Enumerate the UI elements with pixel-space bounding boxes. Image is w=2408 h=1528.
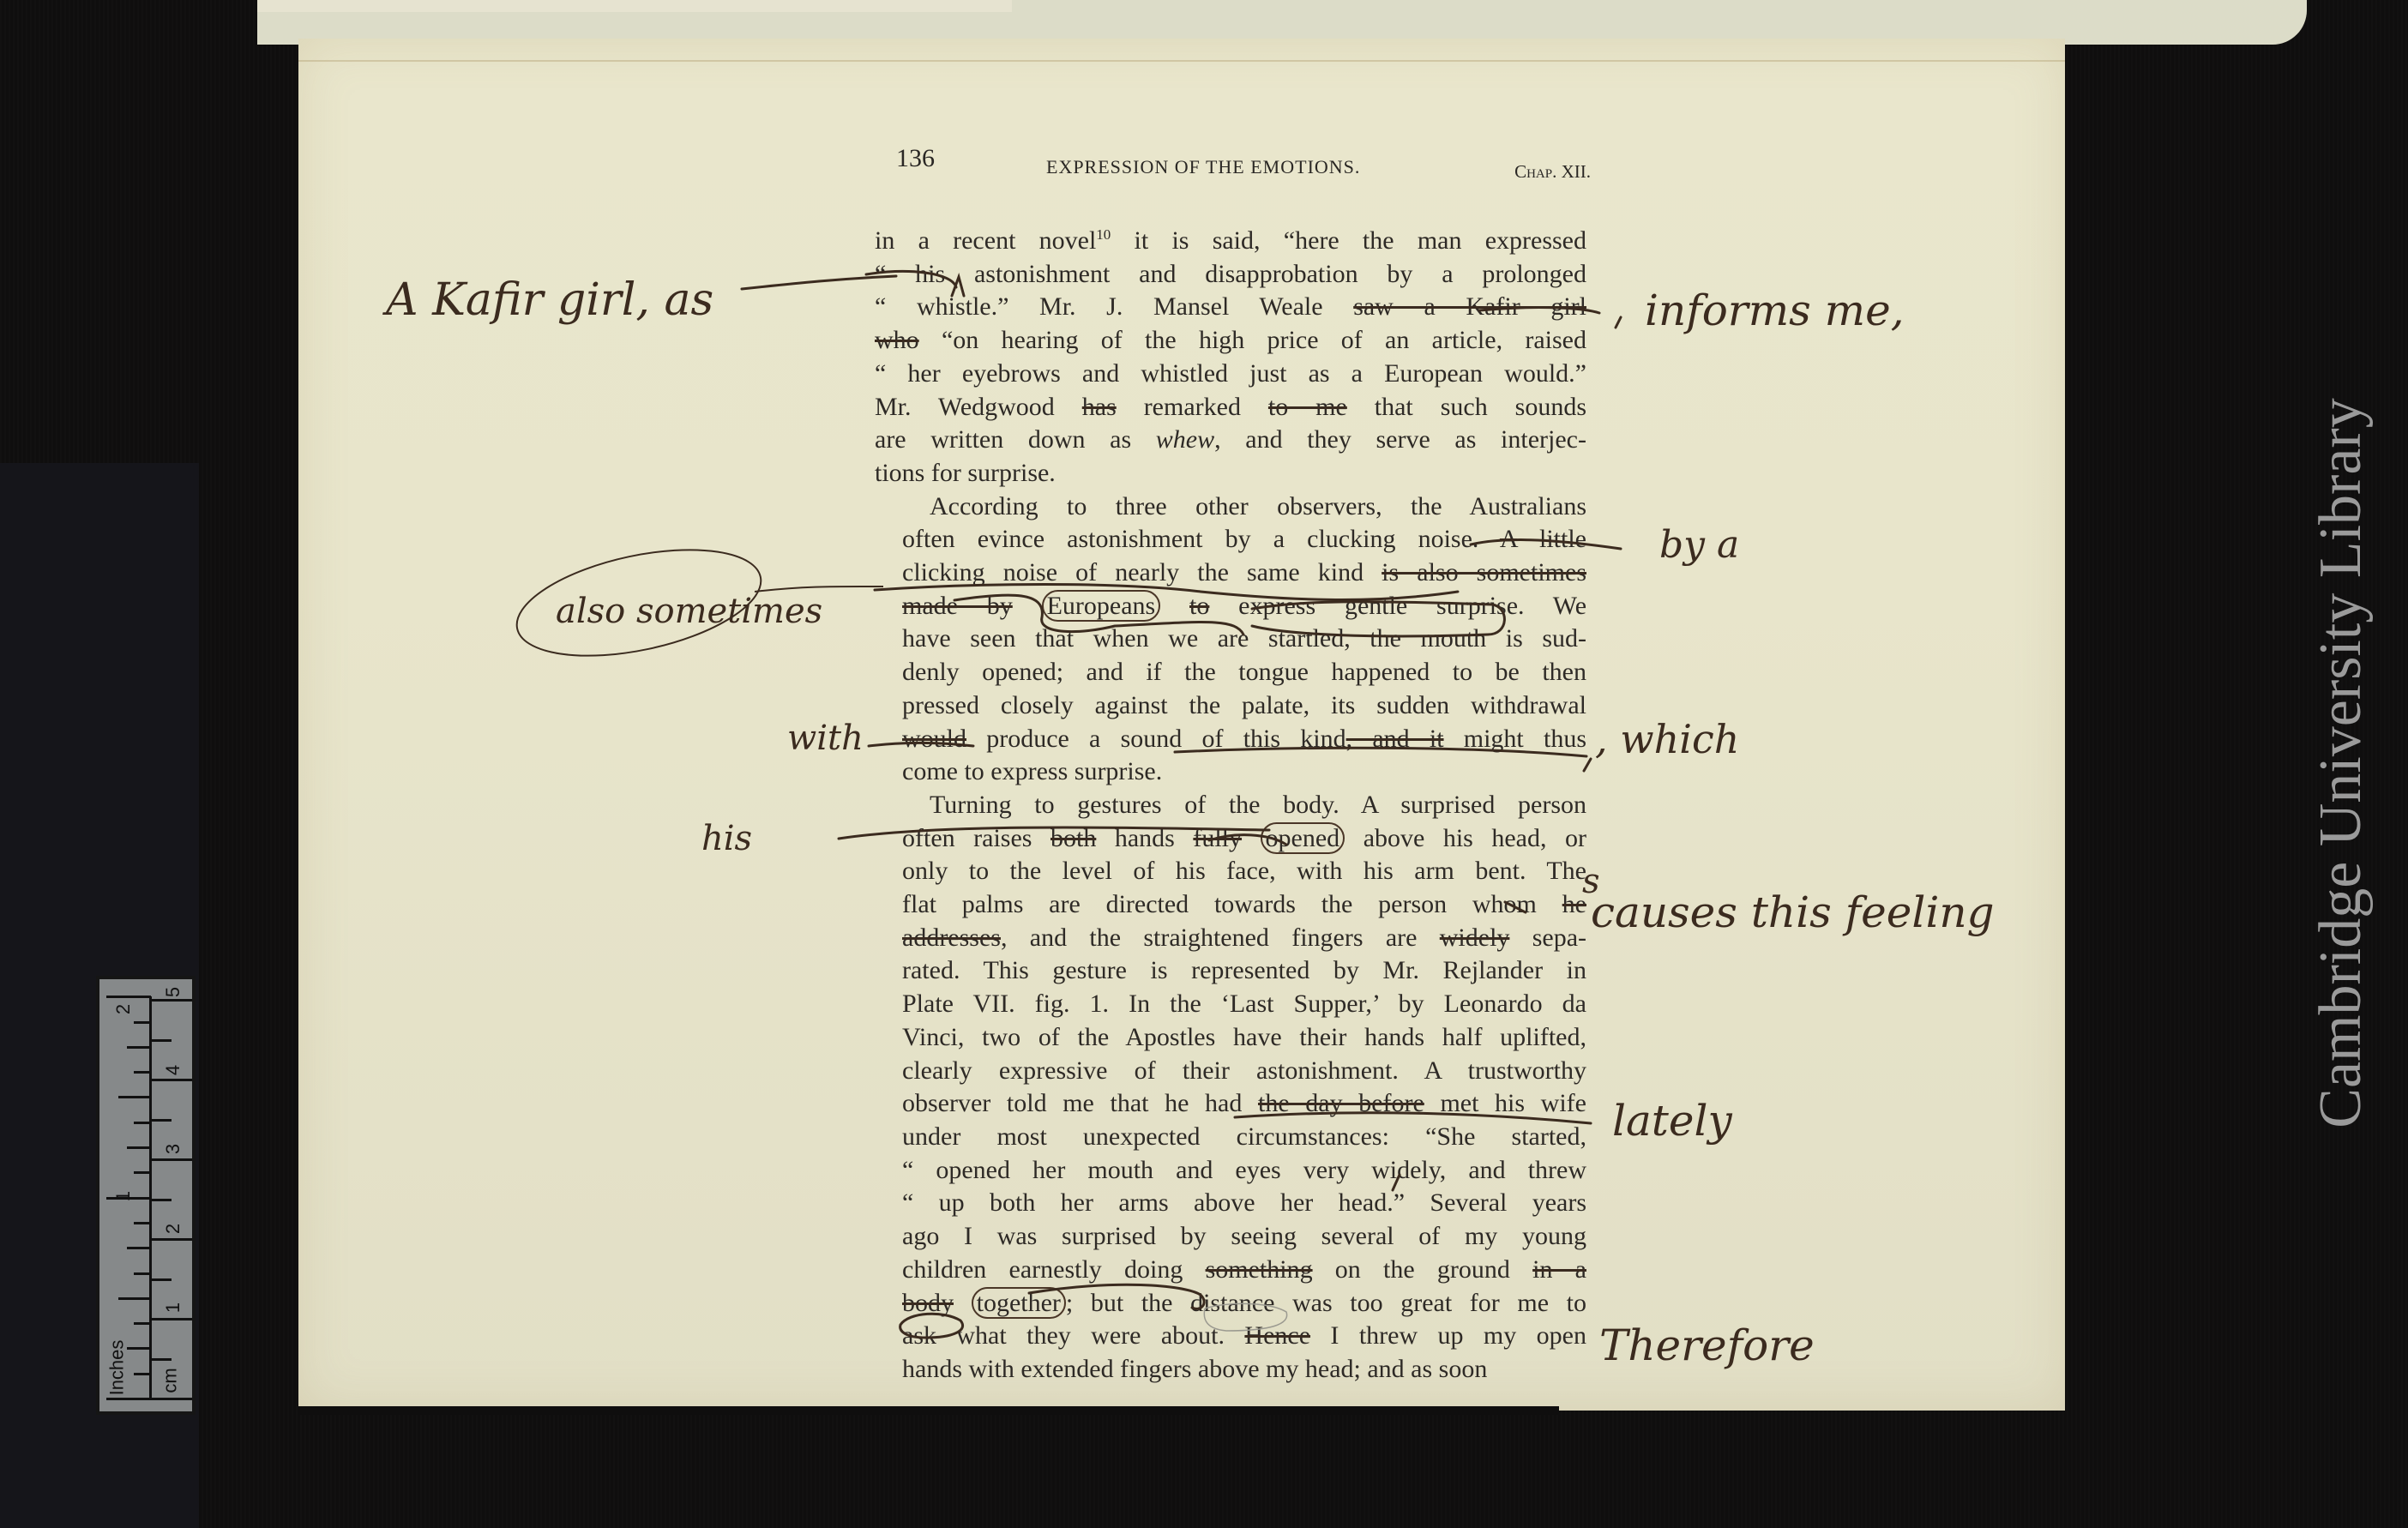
text-run: met his wife — [1424, 1089, 1586, 1117]
ruler-tick-inch — [134, 1322, 151, 1325]
struck-text: Hence — [1244, 1321, 1310, 1350]
chapter-label: Chap. XII. — [1514, 161, 1591, 183]
ruler-tick-inch — [127, 1247, 151, 1249]
text-run: only to the level of his face, with his … — [902, 857, 1586, 885]
library-watermark-text: Cambridge University Library — [2307, 398, 2375, 1128]
struck-text: addresses — [902, 923, 1001, 952]
text-line: “ her eyebrows and whistled just as a Eu… — [875, 358, 1586, 391]
ruler-tick-cm — [151, 1398, 192, 1400]
text-run: “on hearing of the high price of an arti… — [919, 326, 1586, 354]
text-run: it is said, “here the man expressed — [1111, 226, 1586, 255]
text-line: who “on hearing of the high price of an … — [875, 324, 1586, 358]
struck-text: made by — [902, 592, 1013, 620]
text-run: often raises — [902, 824, 1050, 852]
text-run: observer told me that he had — [902, 1089, 1258, 1117]
ruler-tick-inch — [134, 1272, 151, 1275]
ruler-tick-cm — [151, 1199, 172, 1201]
circled-text: opened — [1261, 822, 1345, 854]
text-run: , and they serve as interjec- — [1214, 425, 1586, 454]
text-line: under most unexpected circumstances: “Sh… — [875, 1121, 1586, 1154]
text-line: “ his astonishment and disapprobation by… — [875, 258, 1586, 292]
italic-text: whew — [1156, 425, 1214, 454]
struck-text: body — [902, 1289, 954, 1317]
text-line: ask what they were about. Hence I threw … — [875, 1320, 1586, 1353]
struck-text: has — [1082, 393, 1117, 421]
text-line: clicking noise of nearly the same kind i… — [875, 556, 1586, 590]
text-run: have seen that when we are startled, the… — [902, 624, 1586, 653]
library-watermark: Cambridge University Library — [2255, 317, 2408, 1209]
struck-text: the day before — [1258, 1089, 1424, 1117]
text-line: observer told me that he had the day bef… — [875, 1087, 1586, 1121]
text-line: have seen that when we are startled, the… — [875, 623, 1586, 656]
text-line: pressed closely against the palate, its … — [875, 689, 1586, 723]
struck-text: to me — [1268, 393, 1347, 421]
footnote-marker: 10 — [1096, 226, 1111, 243]
struck-text: fully — [1193, 824, 1242, 852]
struck-text: would — [902, 725, 966, 753]
text-run: ; but the distance was too great for me … — [1066, 1289, 1586, 1317]
text-line: “ up both her arms above her head.” Seve… — [875, 1187, 1586, 1220]
text-run: clicking noise of nearly the same kind — [902, 558, 1382, 587]
text-run: rated. This gesture is represented by Mr… — [902, 956, 1586, 984]
text-run: children earnestly doing — [902, 1255, 1206, 1284]
text-run: ago I was surprised by seeing several of… — [902, 1222, 1586, 1250]
scale-ruler: Inches cm 1 2 1 2 3 4 5 — [96, 976, 196, 1415]
struck-text: A — [1500, 525, 1517, 553]
text-run: “ his astonishment and disapprobation by… — [875, 260, 1586, 288]
ruler-inch-2: 2 — [112, 1004, 135, 1014]
ruler-tick-inch — [127, 1046, 151, 1049]
text-run: remarked — [1117, 393, 1268, 421]
text-line: According to three other observers, the … — [875, 490, 1586, 524]
text-run: “ opened her mouth and eyes very widely,… — [902, 1156, 1586, 1184]
handwritten-note-left-margin: his — [701, 819, 752, 858]
text-run: Mr. Wedgwood — [875, 393, 1082, 421]
text-line: only to the level of his face, with his … — [875, 855, 1586, 888]
text-line: hands with extended fingers above my hea… — [875, 1353, 1586, 1387]
text-run: Vinci, two of the Apostles have their ha… — [902, 1023, 1586, 1051]
ruler-tick-inch — [106, 1398, 151, 1400]
text-run: might thus — [1444, 725, 1586, 753]
ruler-tick-inch — [134, 1222, 151, 1224]
ruler-tick-cm — [151, 1119, 172, 1122]
text-run: that such sounds — [1347, 393, 1586, 421]
text-run: Plate VII. fig. 1. In the ‘Last Supper,’… — [902, 990, 1586, 1018]
text-line: in a recent novel10 it is said, “here th… — [875, 219, 1586, 258]
text-line: rated. This gesture is represented by Mr… — [875, 954, 1586, 988]
ruler-tick-cm — [151, 1079, 192, 1081]
text-line: “ whistle.” Mr. J. Mansel Weale saw a Ka… — [875, 291, 1586, 324]
paragraph: Turning to gestures of the body. A surpr… — [875, 789, 1586, 1387]
struck-text: something — [1206, 1255, 1313, 1284]
ruler-cm-5: 5 — [162, 987, 184, 997]
text-run: often evince astonishment by a clucking … — [902, 525, 1500, 553]
text-run: under most unexpected circumstances: “Sh… — [902, 1122, 1586, 1151]
ruler-tick-inch — [118, 1297, 151, 1300]
page-number: 136 — [896, 144, 935, 173]
text-run: are written down as — [875, 425, 1156, 454]
ruler-tick-inch — [134, 1021, 151, 1024]
text-line: flat palms are directed towards the pers… — [875, 888, 1586, 922]
text-run: denly opened; and if the tongue happened… — [902, 658, 1586, 686]
ruler-tick-cm — [151, 1358, 172, 1361]
ruler-cm-1: 1 — [162, 1302, 184, 1313]
text-run: pressed closely against the palate, its … — [902, 691, 1586, 719]
text-run: come to express surprise. — [902, 757, 1162, 785]
ruler-tick-cm — [151, 1278, 172, 1281]
text-run: in a recent novel — [875, 226, 1096, 255]
ruler-cm-4: 4 — [162, 1065, 184, 1075]
text-run: produce a sound of this kind — [966, 725, 1346, 753]
text-run: ask what they were about. — [902, 1321, 1244, 1350]
text-line: tions for surprise. — [875, 457, 1586, 490]
text-run: clearly expressive of their astonishment… — [902, 1056, 1586, 1085]
text-line: Plate VII. fig. 1. In the ‘Last Supper,’… — [875, 988, 1586, 1021]
ruler-tick-inch — [134, 1373, 151, 1375]
handwritten-note-right-margin: , which — [1595, 716, 1739, 762]
ruler-cm-2: 2 — [162, 1224, 184, 1234]
text-run — [1242, 824, 1261, 852]
adjacent-sheet-slip — [257, 0, 1012, 12]
struck-text: who — [875, 326, 919, 354]
handwritten-note-right-margin: causes this feeling — [1591, 887, 1995, 937]
text-line: come to express surprise. — [875, 755, 1586, 789]
text-run: above his head, or — [1345, 824, 1586, 852]
ruler-tick-inch — [127, 1347, 151, 1350]
text-run — [1013, 592, 1042, 620]
handwritten-note-left-margin: with — [787, 719, 864, 758]
struck-text: , and it — [1346, 725, 1444, 753]
text-run: hands — [1096, 824, 1193, 852]
text-line: Turning to gestures of the body. A surpr… — [875, 789, 1586, 822]
text-line: ago I was surprised by seeing several of… — [875, 1220, 1586, 1254]
text-run: , and the straightened fingers are — [1001, 923, 1440, 952]
ruler-tick-inch — [134, 1122, 151, 1124]
ruler-tick-cm — [151, 1238, 192, 1241]
text-run: express gentle surprise. We — [1209, 592, 1586, 620]
text-run: on the ground — [1313, 1255, 1533, 1284]
ruler-tick-cm — [151, 999, 192, 1002]
running-title: EXPRESSION OF THE EMOTIONS. — [1046, 156, 1360, 178]
ruler-tick-inch — [106, 996, 151, 998]
text-line: children earnestly doing something on th… — [875, 1254, 1586, 1287]
text-line: made by Europeans to express gentle surp… — [875, 590, 1586, 623]
text-line: denly opened; and if the tongue happened… — [875, 656, 1586, 689]
circled-text: Europeans — [1042, 590, 1161, 622]
handwritten-note-right-margin: lately — [1612, 1096, 1732, 1146]
text-run — [954, 1289, 972, 1317]
text-line: would produce a sound of this kind, and … — [875, 723, 1586, 756]
struck-text: widely — [1440, 923, 1510, 952]
text-run — [1160, 592, 1189, 620]
text-line: Vinci, two of the Apostles have their ha… — [875, 1021, 1586, 1055]
printed-body-text: in a recent novel10 it is said, “here th… — [875, 219, 1586, 1387]
running-header: 136 EXPRESSION OF THE EMOTIONS. Chap. XI… — [896, 144, 1591, 187]
text-line: body together; but the distance was too … — [875, 1287, 1586, 1320]
page-torn-edge — [298, 1406, 1559, 1415]
ruler-tick-inch — [134, 1071, 151, 1074]
text-run: flat palms are directed towards the pers… — [902, 890, 1562, 918]
struck-text: saw a Kafir girl — [1353, 292, 1586, 321]
text-run: “ up both her arms above her head.” Seve… — [902, 1188, 1586, 1217]
struck-text: both — [1050, 824, 1096, 852]
text-line: Mr. Wedgwood has remarked to me that suc… — [875, 391, 1586, 424]
text-run: “ her eyebrows and whistled just as a Eu… — [875, 359, 1586, 388]
text-run: According to three other observers, the … — [930, 492, 1586, 520]
handwritten-note-right-margin: informs me, — [1645, 286, 1905, 335]
ruler-tick-cm — [151, 1318, 192, 1320]
ruler-tick-inch — [118, 1096, 151, 1098]
page-crease — [298, 60, 2065, 62]
text-line: addresses, and the straightened fingers … — [875, 922, 1586, 955]
text-run: little — [1517, 525, 1586, 553]
text-line: clearly expressive of their astonishment… — [875, 1055, 1586, 1088]
handwritten-note-right-margin: by a — [1659, 523, 1739, 567]
ruler-tick-cm — [151, 1039, 172, 1042]
paragraph: in a recent novel10 it is said, “here th… — [875, 219, 1586, 490]
handwritten-note-left-margin: also sometimes — [556, 592, 822, 631]
circled-text: together — [972, 1287, 1066, 1319]
handwritten-note-right-margin: Therefore — [1599, 1320, 1815, 1370]
text-run: I threw up my open — [1310, 1321, 1586, 1350]
paragraph: According to three other observers, the … — [875, 490, 1586, 789]
ruler-unit-inches: Inches — [105, 1340, 128, 1396]
text-run: hands with extended fingers above my hea… — [902, 1355, 1487, 1383]
ruler-inch-1: 1 — [112, 1191, 135, 1201]
ruler-tick-inch — [127, 1146, 151, 1149]
ruler-unit-cm: cm — [160, 1368, 182, 1393]
text-line: are written down as whew, and they serve… — [875, 424, 1586, 457]
struck-text: is also sometimes — [1382, 558, 1586, 587]
struck-text: to — [1189, 592, 1209, 620]
struck-text: in a — [1532, 1255, 1586, 1284]
text-line: “ opened her mouth and eyes very widely,… — [875, 1154, 1586, 1188]
text-line: often raises both hands fully opened abo… — [875, 822, 1586, 856]
ruler-tick-inch — [134, 1171, 151, 1174]
handwritten-note-left-margin: A Kafir girl, as — [386, 274, 713, 326]
text-run: tions for surprise. — [875, 459, 1056, 487]
ruler-tick-cm — [151, 1158, 192, 1161]
ruler-cm-3: 3 — [162, 1144, 184, 1154]
text-run: “ whistle.” Mr. J. Mansel Weale — [875, 292, 1353, 321]
text-line: often evince astonishment by a clucking … — [875, 523, 1586, 556]
text-run: sepa- — [1509, 923, 1586, 952]
text-run: Turning to gestures of the body. A surpr… — [930, 791, 1586, 819]
